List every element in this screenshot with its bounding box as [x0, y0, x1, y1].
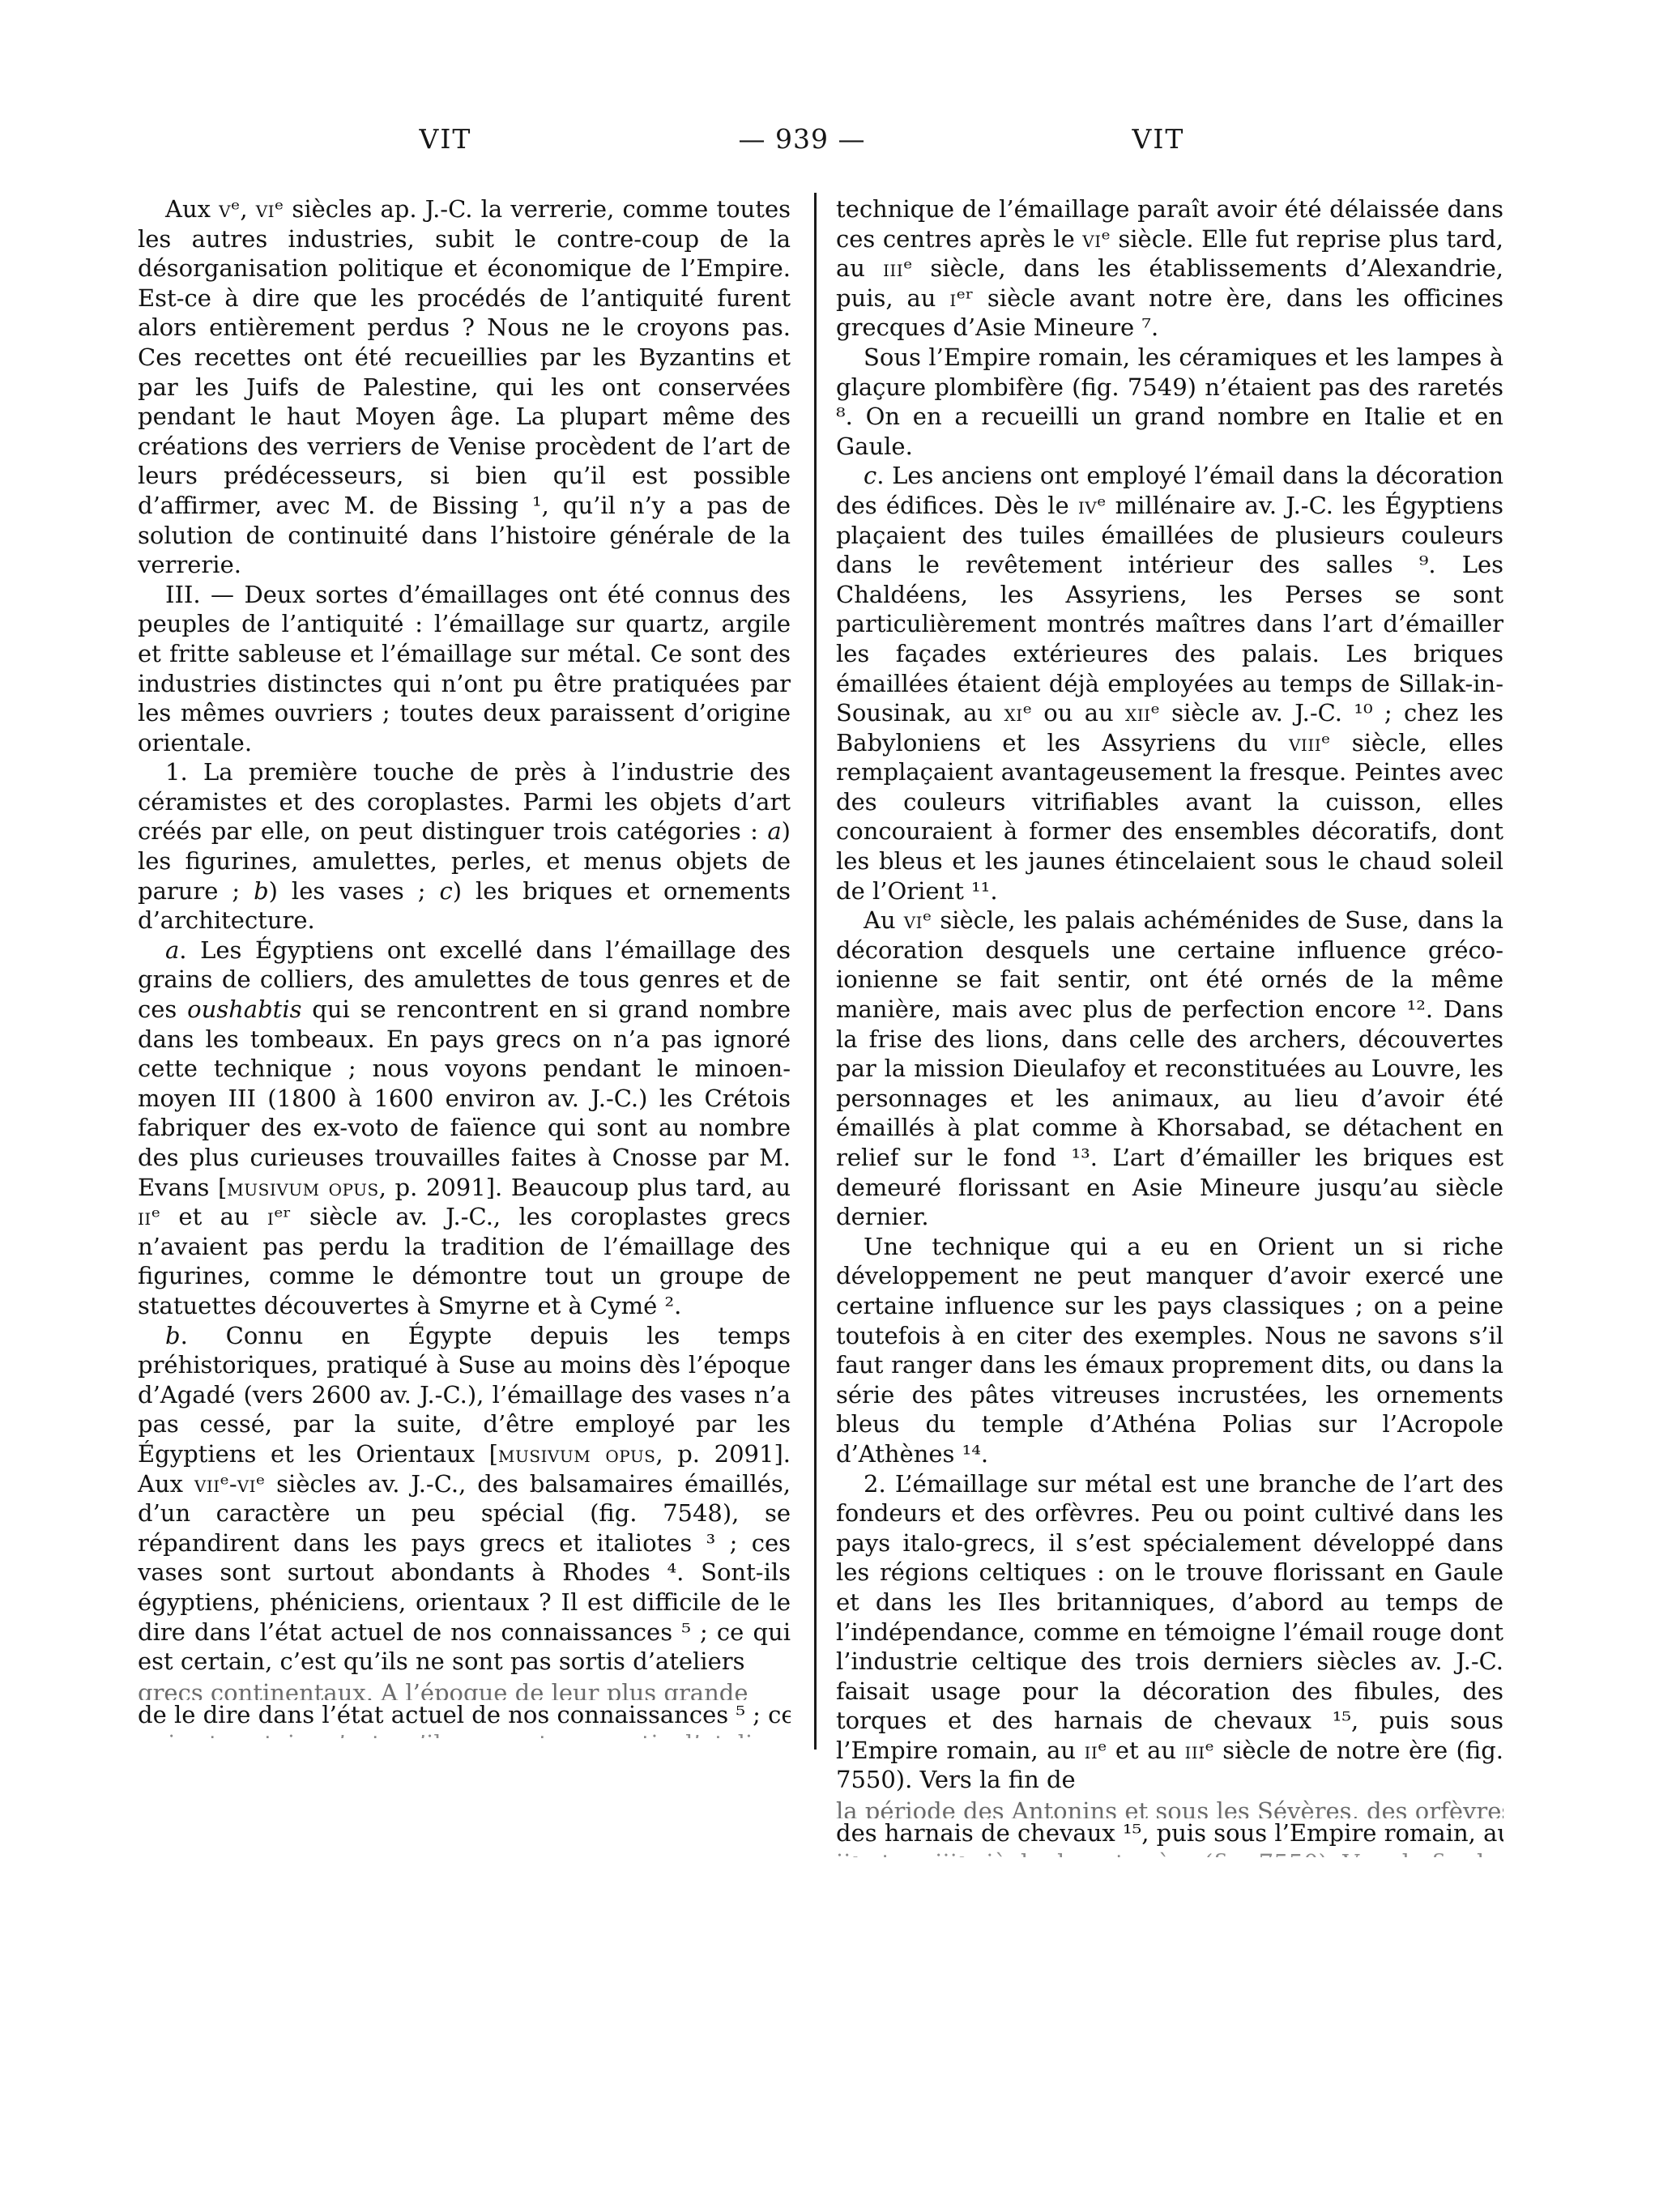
paragraph: Au viᵉ siècle, les palais achéménides de… — [836, 906, 1503, 1232]
scan-artifact-line: la période des Antonins et sous les Sévè… — [836, 1796, 1503, 1818]
right-column: technique de l’émaillage paraît avoir ét… — [836, 194, 1503, 1857]
scan-artifact-line: qui est certain, c’est qu’ils ne sont pa… — [138, 1729, 791, 1738]
paragraph: Aux vᵉ, viᵉ siècles ap. J.-C. la verreri… — [138, 194, 791, 580]
paragraph: 2. L’émaillage sur métal est une branche… — [836, 1469, 1503, 1796]
paragraph: 1. La première touche de près à l’indust… — [138, 757, 791, 936]
paragraph: c. Les anciens ont employé l’émail dans … — [836, 461, 1503, 906]
running-title-right: VIT — [1085, 123, 1231, 155]
paragraph: b. Connu en Égypte depuis les temps préh… — [138, 1321, 791, 1677]
paragraph: a. Les Égyptiens ont excellé dans l’émai… — [138, 936, 791, 1321]
left-column: Aux vᵉ, viᵉ siècles ap. J.-C. la verreri… — [138, 194, 791, 1738]
page-number: — 939 — — [705, 123, 899, 155]
scan-artifact-line: de le dire dans l’état actuel de nos con… — [138, 1700, 791, 1730]
paragraph: Sous l’Empire romain, les céramiques et … — [836, 343, 1503, 461]
column-divider-rule — [814, 193, 817, 1750]
scan-artifact-line: des harnais de chevaux ¹⁵, puis sous l’E… — [836, 1818, 1503, 1848]
paragraph: Une technique qui a eu en Orient un si r… — [836, 1232, 1503, 1469]
scan-artifact-line: grecs continentaux. A l’époque de leur p… — [138, 1678, 791, 1700]
scan-artifact-line: iiᵉ et au iiiᵉ siècle de notre ère (fig.… — [836, 1848, 1503, 1857]
paragraph: technique de l’émaillage paraît avoir ét… — [836, 194, 1503, 343]
running-title-left: VIT — [373, 123, 518, 155]
paragraph: III. — Deux sortes d’émaillages ont été … — [138, 580, 791, 758]
scanned-dictionary-page: VIT — 939 — VIT Aux vᵉ, viᵉ siècles ap. … — [0, 0, 1659, 2212]
